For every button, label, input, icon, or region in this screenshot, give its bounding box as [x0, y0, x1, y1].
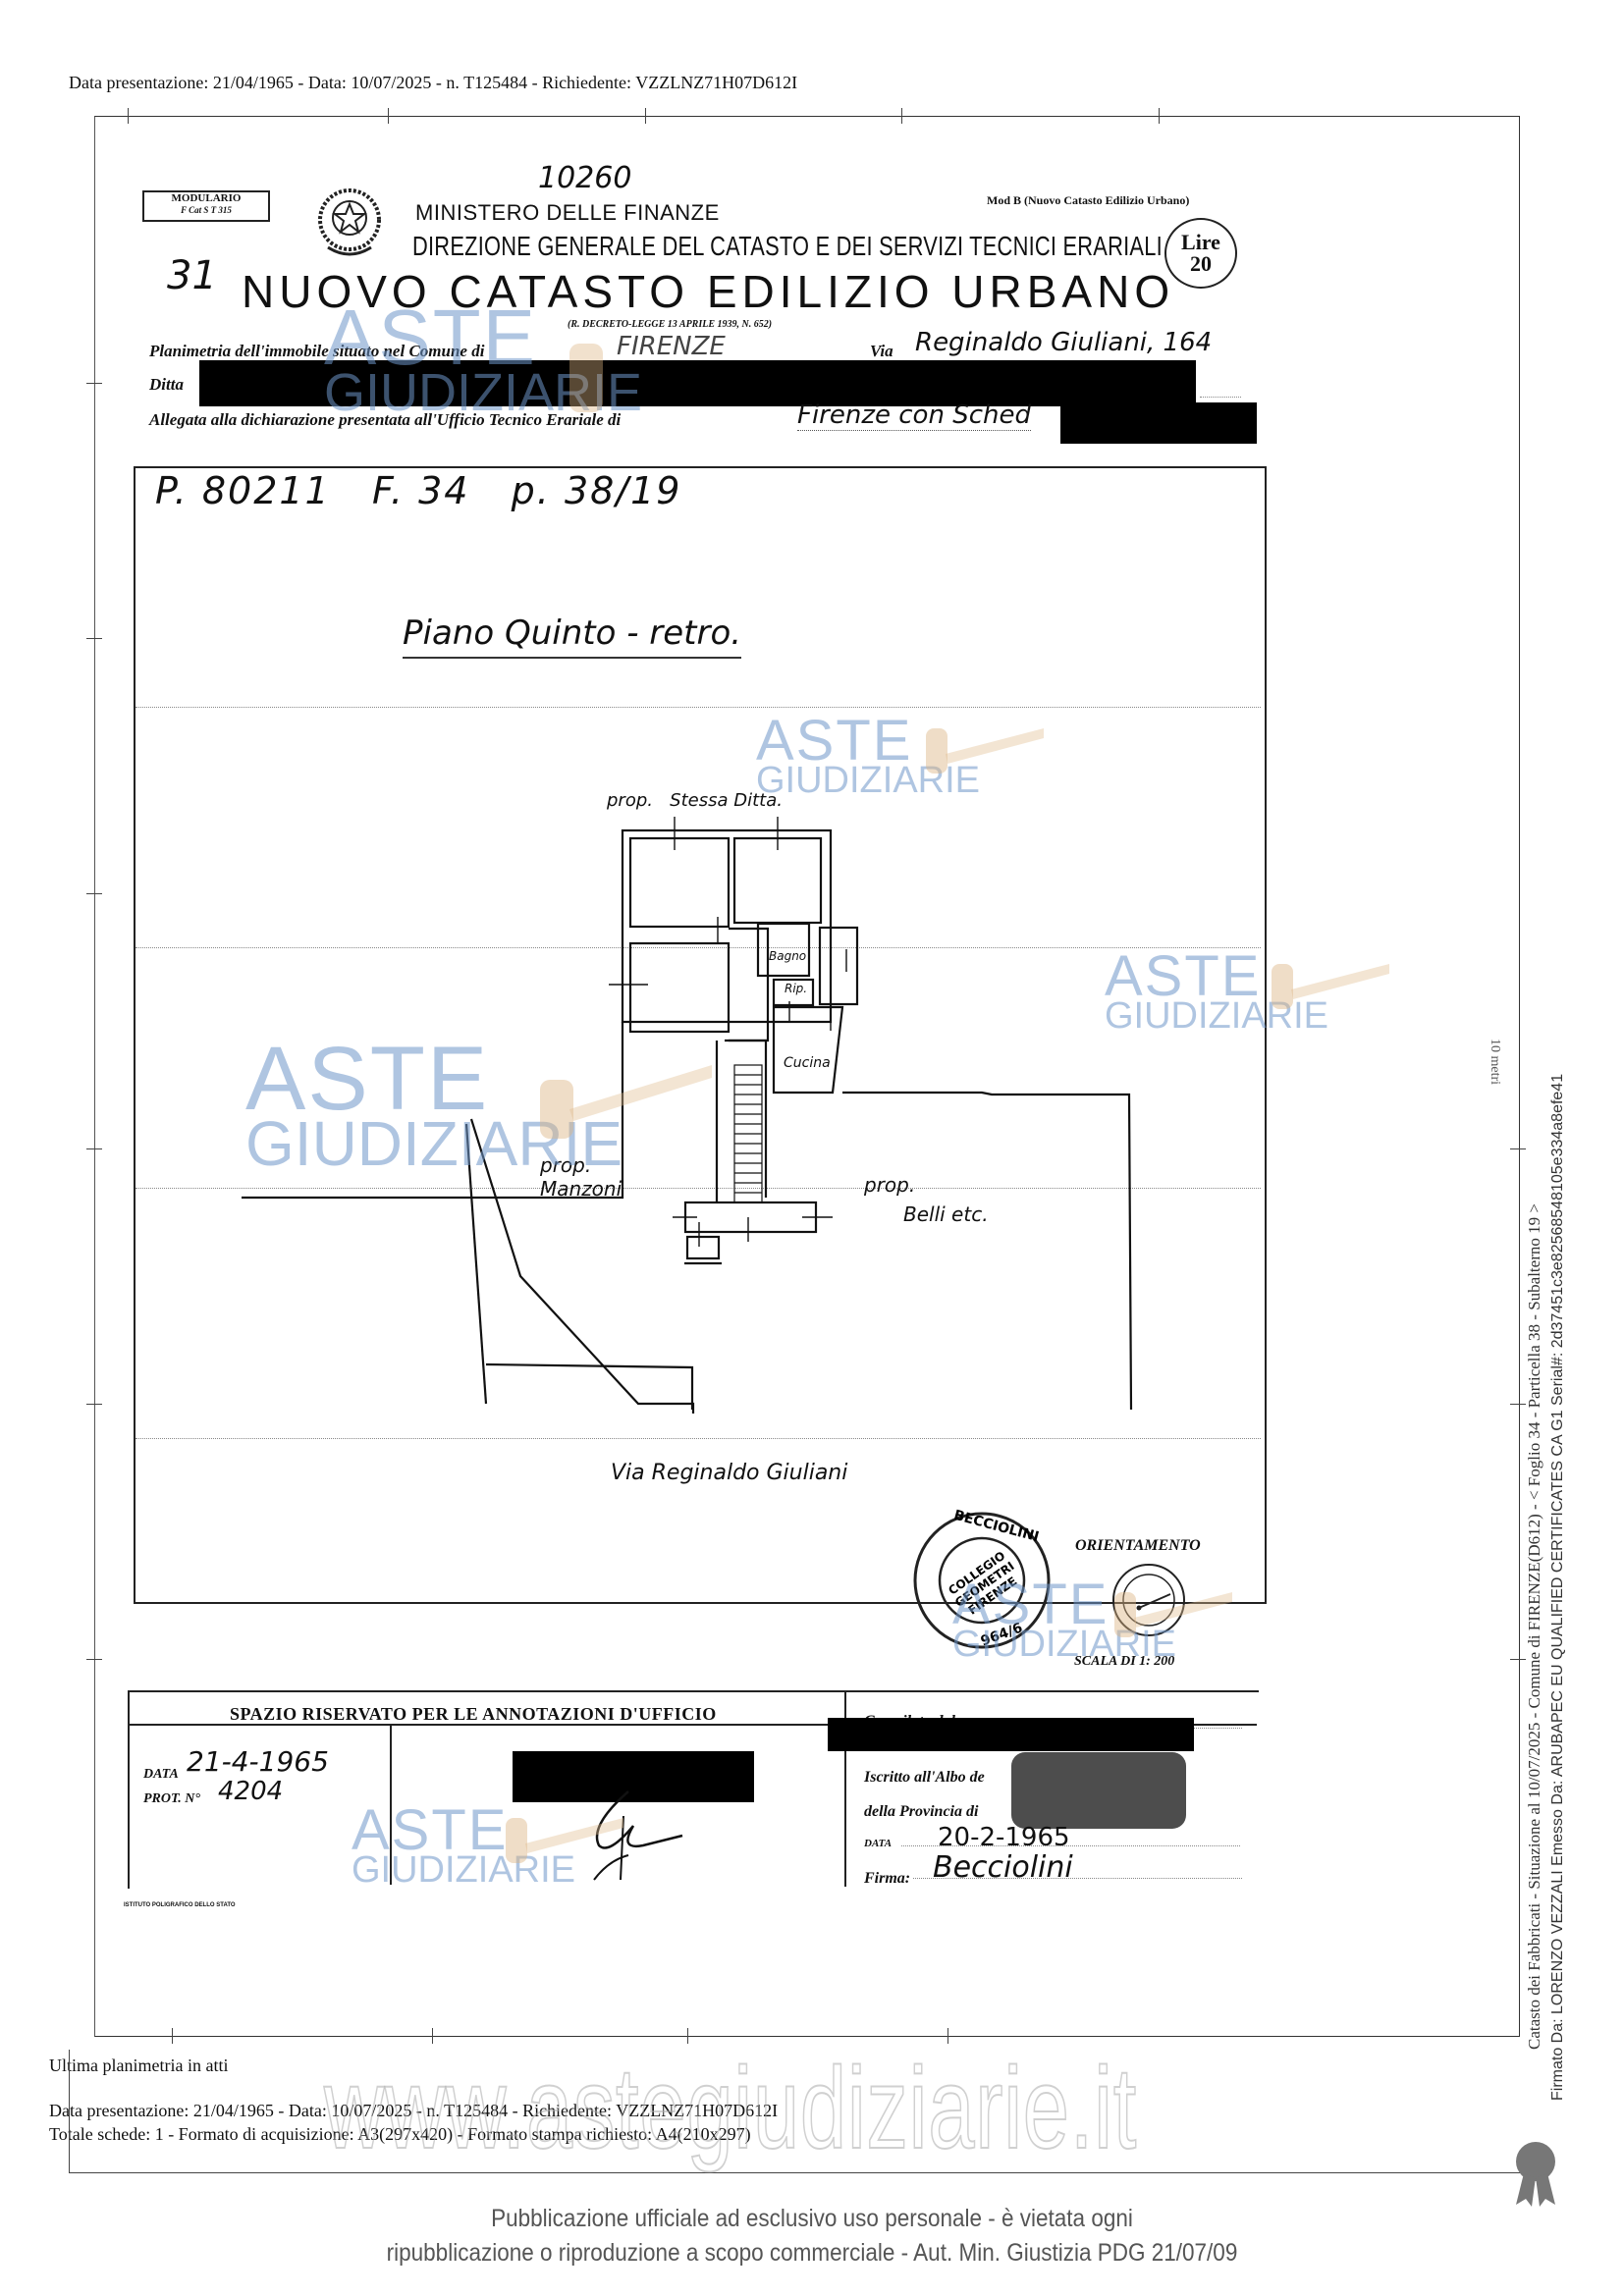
site-watermark: www.astegiudiziarie.it [324, 2042, 1137, 2175]
surveyor-stamp-icon: COLLEGIO GEOMETRI FIRENZE BECCIOLINI 964… [908, 1507, 1056, 1654]
neighbor-prop: prop. [540, 1153, 622, 1177]
annotations-title: SPAZIO RISERVATO PER LE ANNOTAZIONI D'UF… [230, 1704, 717, 1725]
footer-line-2: ripubblicazione o riproduzione a scopo c… [81, 2239, 1543, 2268]
provincia-label: della Provincia di [864, 1803, 978, 1821]
data-label: DATA [143, 1767, 179, 1783]
room-label-ripostiglio: Rip. [785, 982, 807, 995]
printer-credit: ISTITUTO POLIGRAFICO DELLO STATO [124, 1902, 236, 1908]
room-label-bagno: Bagno [769, 949, 806, 963]
dotted-line [913, 1878, 1242, 1879]
neighbor-label-left: prop. Manzoni [540, 1153, 622, 1201]
scale-note: 10 metri [1487, 1039, 1502, 1085]
prot-label: PROT. N° [143, 1791, 200, 1807]
neighbor-name: Manzoni [540, 1177, 622, 1201]
scale-label: SCALA DI 1: 200 [1074, 1654, 1174, 1670]
redaction-smudge [1011, 1752, 1186, 1829]
street-label: Via Reginaldo Giuliani [611, 1461, 847, 1485]
cadastre-situation-text: Catasto dei Fabbricati - Situazione al 1… [1525, 1203, 1544, 2050]
data2-value: 20-2-1965 [938, 1823, 1070, 1852]
room-label-cucina: Cucina [784, 1055, 831, 1071]
official-signature [550, 1787, 707, 1885]
digital-signature-text: Firmato Da: LORENZO VEZZALI Emesso Da: A… [1549, 1074, 1567, 2101]
neighbor-prop: prop. [864, 1173, 989, 1197]
frame-edge [69, 2050, 70, 2173]
data2-label: DATA [864, 1838, 892, 1849]
orientation-label: ORIENTAMENTO [1075, 1537, 1201, 1555]
registration-tick [172, 2028, 173, 2044]
neighbor-label-top: prop. Stessa Ditta. [607, 790, 783, 811]
certificate-seal-icon [1506, 2140, 1565, 2209]
redaction-bar [828, 1718, 1194, 1751]
neighbor-name: Belli etc. [903, 1202, 989, 1226]
firma-signature: Becciolini [933, 1850, 1073, 1885]
compass-orientation-icon [1110, 1561, 1188, 1639]
prot-value: 4204 [218, 1777, 283, 1806]
dotted-line [901, 1845, 1240, 1846]
data-value: 21-4-1965 [187, 1745, 329, 1778]
divider [390, 1725, 392, 1885]
footer-line-1: Pubblicazione ufficiale ad esclusivo uso… [81, 2205, 1543, 2233]
iscritto-label: Iscritto all'Albo de [864, 1769, 985, 1787]
firma-label: Firma: [864, 1870, 910, 1888]
neighbor-label-right: prop. Belli etc. [864, 1173, 989, 1226]
floor-plan-drawing [0, 0, 1624, 1669]
last-plan-note: Ultima planimetria in atti [49, 2056, 228, 2076]
